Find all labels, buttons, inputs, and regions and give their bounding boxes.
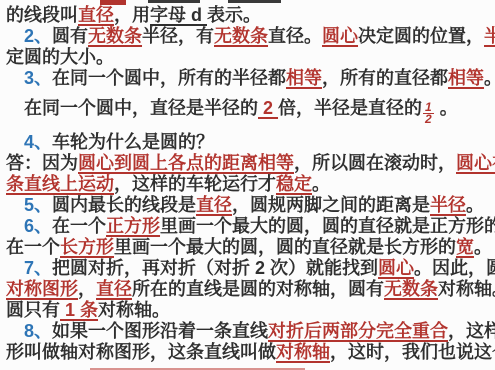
- notes-document: 的线段叫直径，用字母 d 表示。2、圆有无数条半径，有无数条直径。圆心决定圆的位…: [0, 5, 495, 363]
- highlight-term: 圆心: [378, 258, 414, 278]
- text-line: 6、在一个正方形里画一个最大的圆，圆的直径就是正方形的边长。: [0, 216, 495, 237]
- text-run: ，: [78, 279, 96, 299]
- text-run: 答：因为: [6, 153, 78, 173]
- text-run: 。: [484, 68, 495, 88]
- text-line: 8、如果一个图形沿着一条直线对折后两部分完全重合，这样的图: [0, 321, 495, 342]
- highlight-term: 直径: [96, 279, 132, 299]
- highlight-term: 稳定: [276, 174, 312, 194]
- text-run: 。: [474, 237, 492, 257]
- text-run: 半径，有: [142, 26, 214, 46]
- text-run: 如果一个图形沿着一条直线: [52, 321, 268, 341]
- text-run: 。: [466, 195, 484, 215]
- top-cropped-underline-2: [228, 0, 281, 3]
- text-line: 条直线上运动，这样的车轮运行才稳定。: [0, 174, 495, 195]
- fraction-one-half: 12: [423, 102, 434, 125]
- text-run: 里画一个最大的圆，圆的直径就是长方形的: [114, 237, 456, 257]
- text-run: 在同一个圆中，直径是半径的: [24, 98, 258, 118]
- highlight-term: 正方形: [106, 216, 160, 236]
- highlight-term: 1 条: [60, 300, 98, 320]
- text-line: 4、车轮为什么是圆的？: [0, 132, 495, 153]
- text-run: 。因此，圆是: [414, 258, 495, 278]
- item-number: 4、: [24, 132, 52, 152]
- highlight-term: 无数条: [88, 26, 142, 46]
- highlight-term: 圆心到圆上各点的距离相等: [78, 153, 294, 173]
- highlight-term: 宽: [456, 237, 474, 257]
- text-run: ，这样的车轮运行才: [114, 174, 276, 194]
- top-cropped-red-glyph: [100, 0, 126, 5]
- highlight-term: 相等: [448, 68, 484, 88]
- highlight-term: 圆心: [322, 26, 358, 46]
- item-number: 5、: [24, 195, 52, 215]
- text-run: ，用: [114, 5, 150, 25]
- text-run: 圆只有: [6, 300, 60, 320]
- text-run: 里画一个最大的圆，圆的直径就是正方形的: [160, 216, 495, 236]
- text-line: 对称图形，直径所在的直线是圆的对称轴，圆有无数条对称轴。半: [0, 279, 495, 300]
- highlight-term: 无数条: [384, 279, 438, 299]
- text-run: 定圆的大小。: [6, 47, 114, 67]
- highlight-term: 圆心在一: [456, 153, 495, 173]
- text-line: 在一个长方形里画一个最大的圆，圆的直径就是长方形的宽。: [0, 237, 495, 258]
- text-run: 。: [435, 98, 458, 118]
- highlight-term: 半径: [484, 26, 495, 46]
- text-run: ，所有的直径都: [322, 68, 448, 88]
- text-run: 表示。: [207, 5, 261, 25]
- text-run: 圆内最长的线段是: [52, 195, 196, 215]
- top-cropped-underline-1: [148, 0, 200, 3]
- item-number: 6、: [24, 216, 52, 236]
- text-run: 在一个: [6, 237, 60, 257]
- highlight-term: 对称轴: [276, 342, 330, 362]
- text-run: 在一个: [52, 216, 106, 236]
- item-number: 3、: [24, 68, 52, 88]
- text-run: 把圆对折，再对折（对折 2 次）就能找到: [52, 258, 378, 278]
- highlight-term: 相等: [286, 68, 322, 88]
- text-line: 3、在同一个圆中，所有的半径都相等，所有的直径都相等。: [0, 68, 495, 89]
- highlight-term: 直径: [196, 195, 232, 215]
- highlight-term: 条直线上运动: [6, 174, 114, 194]
- text-line: 2、圆有无数条半径，有无数条直径。圆心决定圆的位置，半径决: [0, 26, 495, 47]
- text-run: ，所以圆在滚动时，: [294, 153, 456, 173]
- text-line: 圆只有 1 条对称轴。: [0, 300, 495, 321]
- text-run: 形叫做轴对称图形，这条直线叫做: [6, 342, 276, 362]
- text-line: 7、把圆对折，再对折（对折 2 次）就能找到圆心。因此，圆是轴: [0, 258, 495, 279]
- text-line: 定圆的大小。: [0, 47, 495, 68]
- text-line: 答：因为圆心到圆上各点的距离相等，所以圆在滚动时，圆心在一: [0, 153, 495, 174]
- text-run: ，这样的图: [448, 321, 495, 341]
- item-number: 2、: [24, 26, 52, 46]
- text-run: 直径。: [268, 26, 322, 46]
- highlight-term: 对称图形: [6, 279, 78, 299]
- text-run: ，这时，我们也说这个图: [330, 342, 495, 362]
- text-run: 。: [312, 174, 330, 194]
- highlight-term: 长方形: [60, 237, 114, 257]
- highlight-term: 半径: [430, 195, 466, 215]
- text-run: 对称轴。: [98, 300, 170, 320]
- text-line: 形叫做轴对称图形，这条直线叫做对称轴，这时，我们也说这个图: [0, 342, 495, 363]
- highlight-term: 直径: [78, 5, 114, 25]
- highlight-term: 2: [258, 98, 278, 118]
- text-run: ，圆规两脚之间的距离是: [232, 195, 430, 215]
- text-run: 的线段叫: [6, 5, 78, 25]
- text-line: 在同一个圆中，直径是半径的 2 倍，半径是直径的12 。: [0, 98, 495, 119]
- text-run: 倍，半径是直径的: [278, 98, 422, 118]
- text-run: 在同一个圆中，所有的半径都: [52, 68, 286, 88]
- item-number: 8、: [24, 321, 52, 341]
- text-run: 所在的直线是圆的对称轴，圆有: [132, 279, 384, 299]
- text-line: 的线段叫直径，用字母 d 表示。: [0, 5, 495, 26]
- underlined-term: 字母 d: [150, 5, 207, 25]
- text-run: 决定圆的位置，: [358, 26, 484, 46]
- highlight-term: 无数条: [214, 26, 268, 46]
- text-run: 车轮为什么是圆的？: [52, 132, 214, 152]
- text-line: 5、圆内最长的线段是直径，圆规两脚之间的距离是半径。: [0, 195, 495, 216]
- item-number: 7、: [24, 258, 52, 278]
- text-run: 对称轴。半: [438, 279, 495, 299]
- text-run: 圆有: [52, 26, 88, 46]
- highlight-term: 对折后两部分完全重合: [268, 321, 448, 341]
